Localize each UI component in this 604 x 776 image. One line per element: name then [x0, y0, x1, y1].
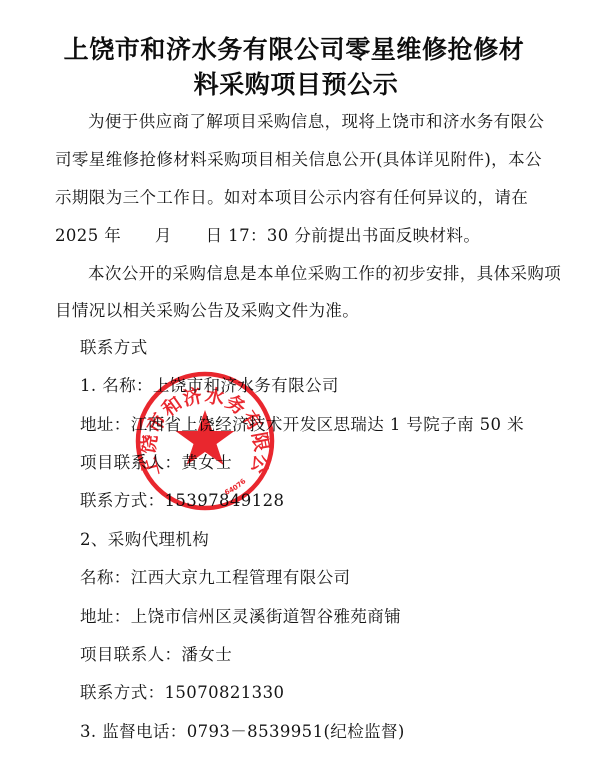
- agency-name: 名称：江西大京九工程管理有限公司: [80, 564, 350, 588]
- agency-phone: 联系方式：15070821330: [80, 679, 284, 703]
- purchaser-phone: 联系方式：15397849128: [80, 487, 284, 511]
- agency-address: 地址：上饶市信州区灵溪街道智谷雅苑商铺: [80, 603, 401, 627]
- contact-heading: 联系方式: [80, 334, 148, 358]
- paragraph-2-line-2: 目情况以相关采购公告及采购文件为准。: [55, 297, 359, 321]
- supervision-phone: 3. 监督电话：0793－8539951(纪检监督): [80, 718, 405, 742]
- purchaser-contact-person: 项目联系人：黄女士: [80, 449, 232, 473]
- paragraph-1-line-2: 司零星维修抢修材料采购项目相关信息公开(具体详见附件)，本公: [55, 146, 542, 170]
- paragraph-1-line-1: 为便于供应商了解项目采购信息，现将上饶市和济水务有限公: [88, 108, 544, 132]
- agency-heading: 2、采购代理机构: [80, 526, 209, 550]
- purchaser-address: 地址：江西省上饶经济技术开发区思瑞达 1 号院子南 50 米: [80, 411, 524, 435]
- paragraph-2-line-1: 本次公开的采购信息是本单位采购工作的初步安排，具体采购项: [88, 260, 561, 284]
- purchaser-name: 1. 名称：上饶市和济水务有限公司: [80, 372, 339, 396]
- paragraph-1-line-3: 示期限为三个工作日。如对本项目公示内容有任何异议的，请在: [55, 184, 528, 208]
- agency-contact-person: 项目联系人：潘女士: [80, 641, 232, 665]
- document-title-line-2: 料采购项目预公示: [0, 65, 598, 101]
- document-title-line-1: 上饶市和济水务有限公司零星维修抢修材: [0, 30, 596, 66]
- paragraph-1-line-4: 2025 年 月 日 17：30 分前提出书面反映材料。: [55, 222, 480, 246]
